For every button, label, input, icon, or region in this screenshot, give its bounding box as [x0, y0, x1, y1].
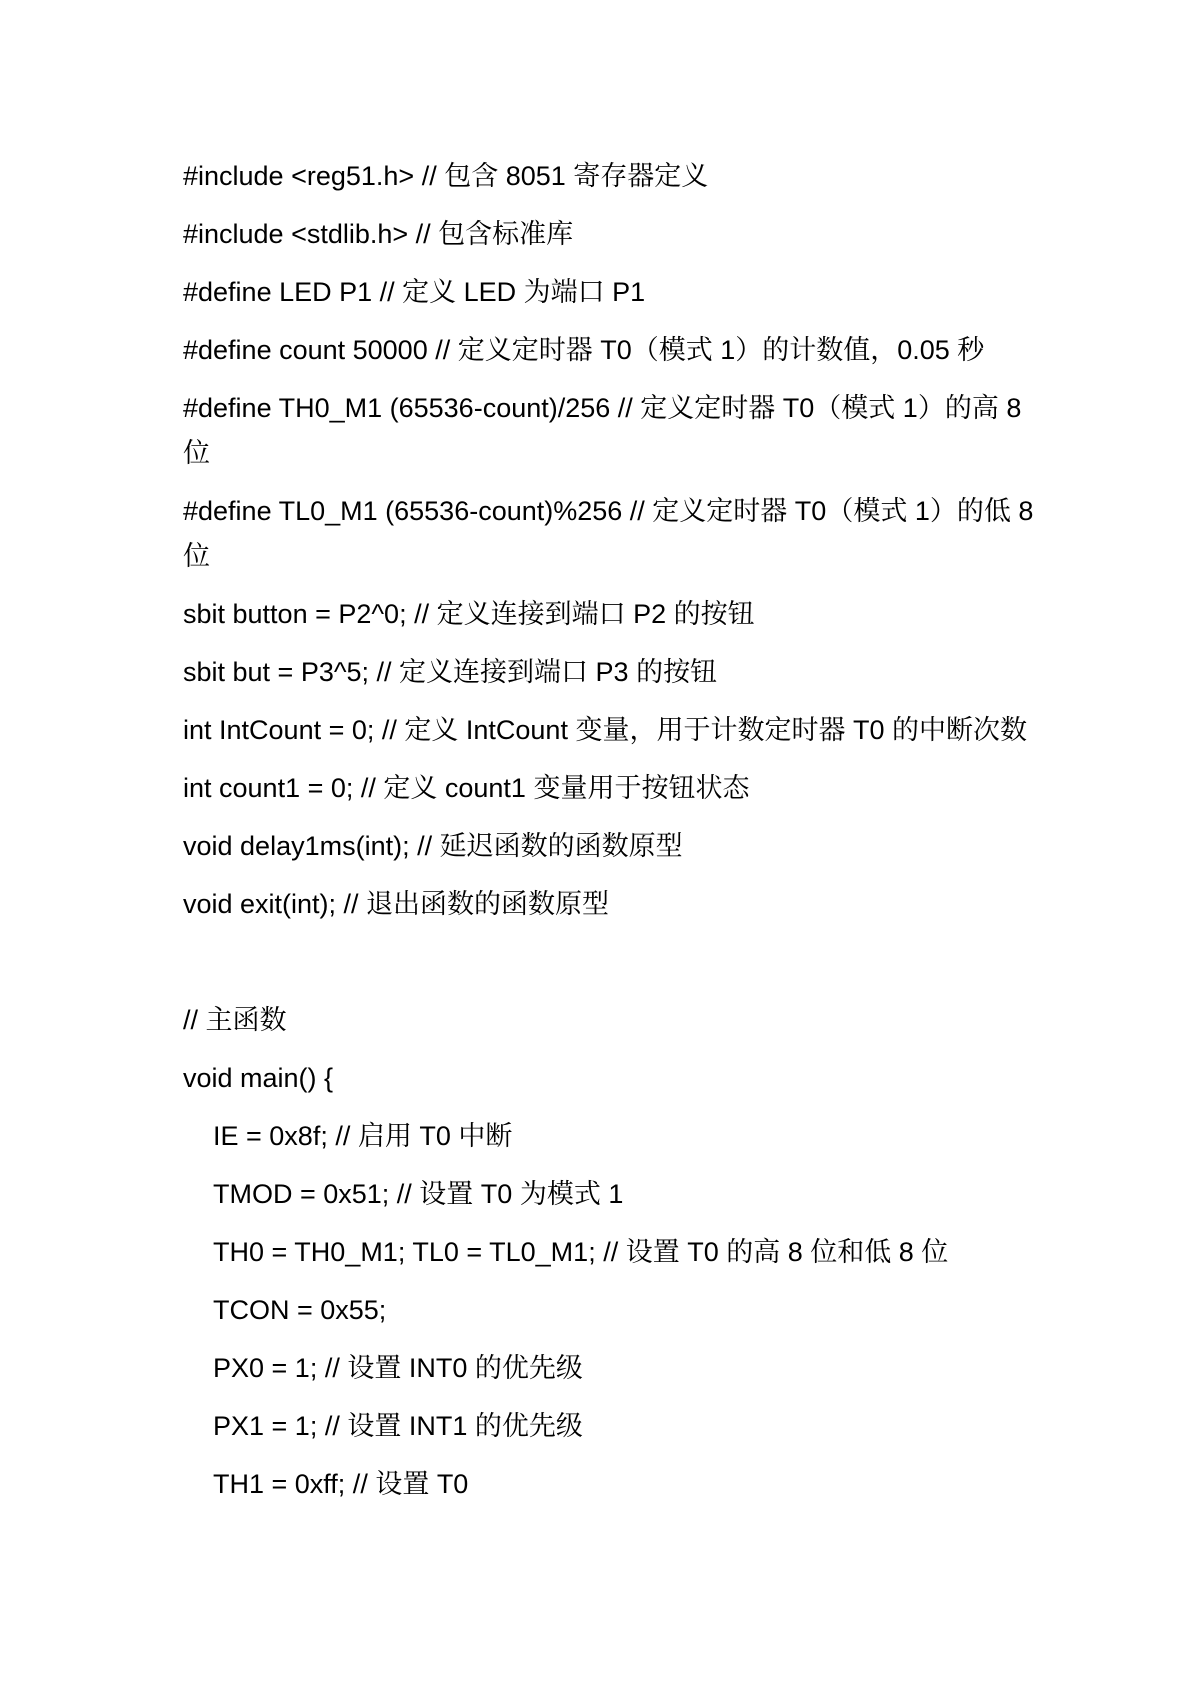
code-line-tmod: TMOD = 0x51; // 设置 T0 为模式 1: [183, 1172, 1143, 1217]
code-line-wrapped-text: 位: [183, 438, 210, 468]
code-line-define-tl0-m1: #define TL0_M1 (65536-count)%256 // 定义定时…: [183, 489, 1143, 579]
code-line-include-stdlib: #include <stdlib.h> // 包含标准库: [183, 212, 1143, 257]
code-listing: #include <reg51.h> // 包含 8051 寄存器定义 #inc…: [183, 154, 1143, 1520]
code-line-define-led: #define LED P1 // 定义 LED 为端口 P1: [183, 270, 1143, 315]
code-line-th0-tl0: TH0 = TH0_M1; TL0 = TL0_M1; // 设置 T0 的高 …: [183, 1230, 1143, 1275]
code-line-wrapped-text: 位: [183, 541, 210, 571]
code-line-px1: PX1 = 1; // 设置 INT1 的优先级: [183, 1404, 1143, 1449]
code-line-th1: TH1 = 0xff; // 设置 T0: [183, 1462, 1143, 1507]
code-line-text: #define TH0_M1 (65536-count)/256 // 定义定时…: [183, 393, 1021, 423]
code-line-sbit-button: sbit button = P2^0; // 定义连接到端口 P2 的按钮: [183, 592, 1143, 637]
code-line-proto-delay1ms: void delay1ms(int); // 延迟函数的函数原型: [183, 824, 1143, 869]
code-line-int-count1: int count1 = 0; // 定义 count1 变量用于按钮状态: [183, 766, 1143, 811]
code-line-main-open: void main() {: [183, 1056, 1143, 1101]
code-line-int-intcount: int IntCount = 0; // 定义 IntCount 变量，用于计数…: [183, 708, 1143, 753]
code-line-text: #define TL0_M1 (65536-count)%256 // 定义定时…: [183, 496, 1033, 526]
code-line-ie: IE = 0x8f; // 启用 T0 中断: [183, 1114, 1143, 1159]
code-line-proto-exit: void exit(int); // 退出函数的函数原型: [183, 882, 1143, 927]
code-line-main-comment: // 主函数: [183, 998, 1143, 1043]
code-line-sbit-but: sbit but = P3^5; // 定义连接到端口 P3 的按钮: [183, 650, 1143, 695]
blank-line: [183, 940, 1143, 998]
code-line-define-th0-m1: #define TH0_M1 (65536-count)/256 // 定义定时…: [183, 386, 1143, 476]
code-line-tcon: TCON = 0x55;: [183, 1288, 1143, 1333]
code-line-include-reg51: #include <reg51.h> // 包含 8051 寄存器定义: [183, 154, 1143, 199]
code-line-px0: PX0 = 1; // 设置 INT0 的优先级: [183, 1346, 1143, 1391]
document-page: #include <reg51.h> // 包含 8051 寄存器定义 #inc…: [0, 0, 1200, 1696]
code-line-define-count: #define count 50000 // 定义定时器 T0（模式 1）的计数…: [183, 328, 1143, 373]
